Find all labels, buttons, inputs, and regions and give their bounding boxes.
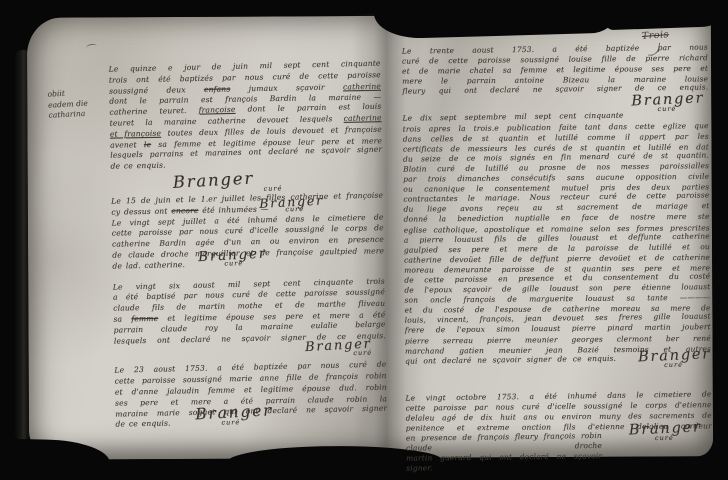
curate-signature: Branger curé — [631, 92, 704, 112]
curate-signature: Branger curé — [638, 348, 711, 368]
baptism-record-twins: Le quinze e jour de juin mil sept cent c… — [109, 59, 383, 172]
signature-name: Branger — [305, 338, 372, 355]
left-page-text: Le quinze e jour de juin mil sept cent c… — [109, 59, 388, 430]
manuscript-scan: obiiteadem diecatharina Trois Le quinze … — [0, 0, 728, 480]
folio-number-label: Trois — [642, 29, 670, 42]
burial-record-catherine-bardin: Branger curé Le vingt sept juillet a été… — [111, 213, 384, 272]
manuscript-line: martin guerard qui ont declaré ne sçavoi… — [406, 450, 712, 474]
signature-name: Branger — [629, 420, 703, 438]
signature-name: Branger — [638, 347, 712, 365]
margin-note: obiiteadem diecatharina — [47, 86, 113, 121]
baptism-record-claude-mothe: Le vingt six aoust mil sept cent cinquan… — [113, 277, 386, 347]
right-page-text: Le trente aoust 1753. a été baptizée par… — [402, 43, 712, 474]
baptism-record-louise-richard: Le trente aoust 1753. a été baptizée par… — [402, 43, 709, 97]
baptism-record-marie-anne-robin: Branger curé Le 23 aoust 1753. a été bap… — [114, 361, 387, 431]
signature-name: Branger — [631, 91, 705, 109]
marriage-record-louaust-devouet: Le dix sept septembre mil sept cent cinq… — [402, 111, 711, 367]
curate-signature: Branger curé — [629, 421, 702, 441]
paper-tear-top — [373, 0, 614, 39]
paper-tear-top-right — [603, 0, 728, 30]
